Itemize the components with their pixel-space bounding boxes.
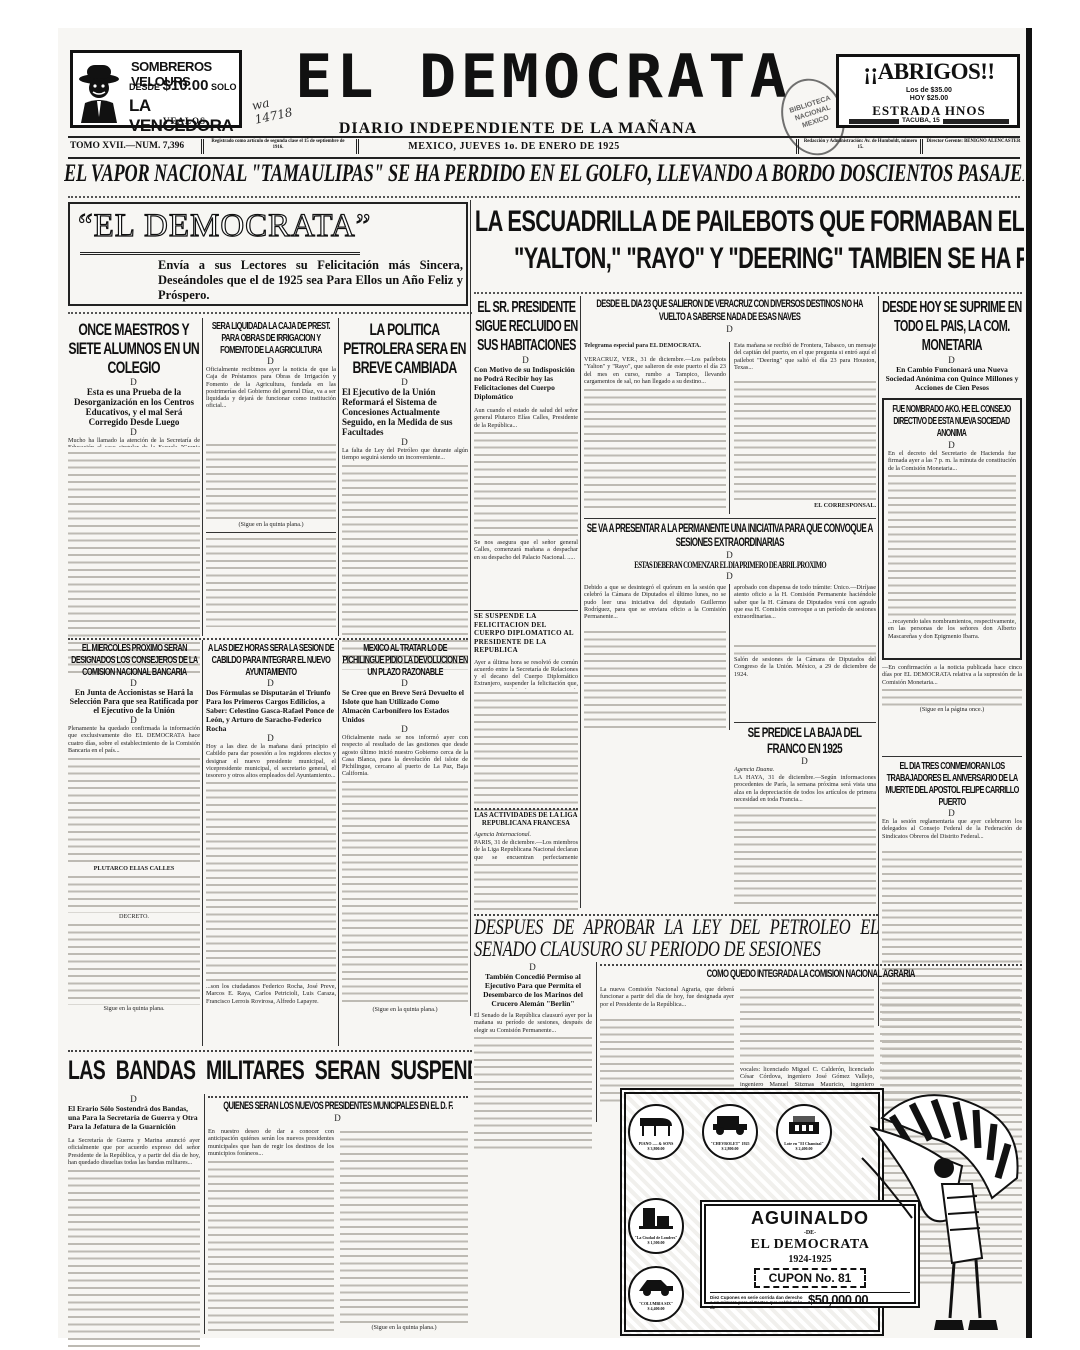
article-oil-policy: LA POLITICA PETROLERA SERA EN BREVE CAMB…	[342, 320, 468, 670]
article-lead: En nuestro deseo de dar a conocer con an…	[208, 1128, 334, 1158]
car-icon	[711, 1114, 749, 1136]
prize-columbia-six: "COLUMBIA SIX" $ 4,400.00	[628, 1266, 684, 1322]
article-headline: EL DIA TRES CONMEMORAN LOS TRABAJADORES …	[882, 760, 1022, 808]
senate-lead: El Senado de la República clausuró ayer …	[474, 1012, 592, 1034]
continued-note: (Sigue en la quinta plana.)	[342, 1006, 468, 1013]
coat-ad-address: TACUBA, 15	[899, 117, 943, 124]
article-military-bands: LAS BANDAS MILITARES SERAN SUSPENDIDAS D…	[68, 1054, 472, 1088]
dateline-strip: TOMO XVII.—NUM. 7,396 Registrado como ar…	[68, 139, 1020, 155]
article-subhead: El Ejecutivo de la Unión Reformará el Si…	[342, 387, 468, 437]
article-dateline: Agencia Internacional.	[474, 831, 578, 839]
article-headline: MEXICO AL TRATAR LO DE PICHILINGUE PIDIO…	[342, 642, 468, 678]
decree-label: DECRETO.	[68, 913, 200, 921]
banner-headline: EL VAPOR NACIONAL "TAMAULIPAS" SE HA PER…	[64, 160, 765, 188]
article-headline: COMO QUEDO INTEGRADA LA COMISION NACIONA…	[600, 968, 1022, 981]
article-franc: SE PREDICE LA BAJA DEL FRANCO EN 1925 D …	[734, 724, 876, 904]
coat-advertisement: ¡¡ABRIGOS!! Los de $35.00 HOY $25.00 EST…	[836, 54, 1020, 128]
article-lead: PARIS, 31 de diciembre.—Los miembros de …	[474, 839, 578, 861]
article-lead: Debido a que se desintegró el quórum en …	[584, 584, 726, 628]
continued-note: Sigue en la quinta plana.	[68, 1005, 200, 1012]
greeting-box: “EL DEMOCRATA” Envía a sus Lectores su F…	[68, 202, 468, 306]
box-lead: En el decreto del Secretario de Hacienda…	[888, 450, 1016, 472]
article-subhead: Con Motivo de su Indisposición no Podrá …	[474, 365, 578, 401]
continued-note: (Sigue en la página once.)	[882, 706, 1022, 713]
hat-ad-desde: DESDE	[129, 82, 160, 92]
bands-subhead: El Erario Sólo Sostendrá dos Bandas, una…	[68, 1104, 200, 1131]
article-teachers: ONCE MAESTROS Y SIETE ALUMNOS EN UN COLE…	[68, 320, 200, 674]
article-headline: DESPUES DE APROBAR LA LEY DEL PETROLEO E…	[474, 916, 878, 960]
article-diplomatic-suspended: SE SUSPENDE LA FELICITACION DEL CUERPO D…	[474, 612, 578, 813]
office-address: Redacción y Administración: Av. de Humbo…	[803, 139, 918, 151]
prize-lot: Lote en "El Chamizal" $ 2,400.00	[776, 1104, 832, 1160]
continued-note: (Sigue en la quinta plana.)	[340, 1324, 468, 1331]
coat-ad-headline: ¡¡ABRIGOS!!	[839, 59, 1019, 85]
second-headline-line2: "YALTON," "RAYO" Y "DEERING" TAMBIEN SE …	[472, 241, 1023, 276]
hat-ad-price: $10.00	[163, 77, 209, 94]
article-subhead: En Junta de Accionistas se Hará la Selec…	[68, 688, 200, 715]
correspondent-signature: EL CORRESPONSAL.	[734, 502, 876, 509]
piano-icon	[638, 1112, 674, 1136]
article-headline: SERA LIQUIDADA LA CAJA DE PREST. PARA OB…	[206, 320, 336, 356]
article-closing: Salón de sesiones de la Cámara de Diputa…	[734, 656, 876, 678]
article-president-recluded: EL SR. PRESIDENTE SIGUE RECLUIDO EN SUS …	[474, 298, 578, 561]
article-lead: Oficialmente recibimos ayer la noticia d…	[206, 366, 336, 441]
prize-chevrolet: "CHEVROLET" 1925 $ 2,800.00	[702, 1104, 758, 1160]
continued-note: (Sigue en la quinta plana.)	[206, 521, 336, 530]
man-with-hat-illustration	[77, 61, 121, 123]
article-pichilingue: MEXICO AL TRATAR LO DE PICHILINGUE PIDIO…	[342, 642, 468, 1013]
article-lead-continued: Esta mañana se recibió de Frontera, Taba…	[734, 342, 876, 378]
article-senate: DESPUES DE APROBAR LA LEY DEL PETROLEO E…	[474, 916, 878, 962]
article-subhead: Se Cree que en Breve Será Devuelto el Is…	[342, 688, 468, 724]
article-lead: LA HAYA, 31 de diciembre.—Según informac…	[734, 774, 876, 804]
registration-note: Registrado como artículo de segunda clas…	[208, 139, 348, 151]
greeting-message: Envía a sus Lectores su Felicitación más…	[158, 258, 463, 303]
article-schooners: DESDE EL DIA 23 QUE SALIERON DE VERACRUZ…	[584, 298, 876, 334]
prize-ciudad-de-londres: "La Ciudad de Londres" $ 1,500.00	[628, 1198, 684, 1254]
article-headline: SE PREDICE LA BAJA DEL FRANCO EN 1925	[734, 724, 876, 756]
article-loan-fund: SERA LIQUIDADA LA CAJA DE PREST. PARA OB…	[206, 320, 336, 627]
article-banking-commission: EL MIERCOLES PROXIMO SERAN DESIGNADOS LO…	[68, 642, 200, 1012]
article-headline: SE SUSPENDE LA FELICITACION DEL CUERPO D…	[474, 612, 578, 655]
scan-edge-bar	[1026, 28, 1032, 1338]
dancer-illustration	[852, 1088, 1022, 1336]
handwritten-catalog-note: wa 14718	[251, 89, 304, 126]
greeting-title: “EL DEMOCRATA”	[78, 208, 371, 245]
article-headline: EL MIERCOLES PROXIMO SERAN DESIGNADOS LO…	[68, 642, 200, 678]
article-lead: Oficialmente nada se nos informó ayer co…	[342, 734, 468, 778]
article-headline: LA POLITICA PETROLERA SERA EN BREVE CAMB…	[342, 320, 468, 377]
article-lead: Mucho ha llamado la atención de la Secre…	[68, 437, 200, 447]
article-headline: A LAS DIEZ HORAS SERA LA SESION DE CABIL…	[206, 642, 336, 678]
roadster-icon	[637, 1276, 675, 1296]
article-lead: Plenamente ha quedado confirmada la info…	[68, 725, 200, 755]
article-closing: ...son los ciudadanos Federico Rocha, Jo…	[206, 983, 336, 1013]
article-subhead: Esta es una Prueba de la Desorganización…	[68, 387, 200, 427]
box-headline: FUE NOMBRADO AKO. HE EL CONSEJO DIRECTIV…	[888, 404, 1016, 440]
article-subhead: En Cambio Funcionará una Nueva Sociedad …	[882, 365, 1022, 392]
senate-subhead: También Concedió Permiso al Ejecutivo Pa…	[474, 972, 592, 1008]
article-headline: QUIENES SERAN LOS NUEVOS PRESIDENTES MUN…	[208, 1100, 468, 1113]
article-headline: SE VA A PRESENTAR A LA PERMANENTE UNA IN…	[584, 522, 876, 550]
hat-ad-tagline: VEALOS	[163, 116, 206, 126]
article-lead: La nueva Comisión Nacional Agraria, que …	[600, 986, 734, 1016]
hat-ad-solo: SOLO	[211, 82, 237, 92]
article-closing: Se nos asegura que el señor general Call…	[474, 539, 578, 561]
article-municipal-presidents: QUIENES SERAN LOS NUEVOS PRESIDENTES MUN…	[208, 1100, 468, 1123]
director-name: Director Gerente: BENIGNO ALENCASTER	[926, 139, 1021, 145]
bands-lead: La Secretaría de Guerra y Marina anunció…	[68, 1137, 200, 1167]
article-after-box: —En confirmación a la noticia publicada …	[882, 664, 1022, 686]
article-monetary-commission: DESDE HOY SE SUPRIME EN TODO EL PAIS, LA…	[882, 298, 1022, 713]
box-closing: ...recayendo tales nombramientos, respec…	[888, 618, 1016, 648]
coat-ad-was-price: Los de $35.00	[839, 87, 1019, 94]
article-headline: DESDE HOY SE SUPRIME EN TODO EL PAIS, LA…	[882, 298, 1022, 355]
article-agrarian-commission: COMO QUEDO INTEGRADA LA COMISION NACIONA…	[600, 968, 1022, 981]
article-byline: Telegrama especial para EL DEMOCRATA.	[584, 342, 726, 356]
second-headline-line1: LA ESCUADRILLA DE PAILEBOTS QUE FORMABAN…	[472, 204, 1023, 239]
prize-piano: PIANO ..... & SONS $ 3,800.00	[628, 1104, 684, 1160]
article-lead: La falta de Ley del Petróleo que durante…	[342, 447, 468, 462]
masthead-title: EL DEMOCRATA	[260, 46, 827, 108]
article-lead: Aun cuando el estado de salud del señor …	[474, 407, 578, 429]
article-lead: Hoy a las diez de la mañana dará princip…	[206, 743, 336, 779]
article-headline: ONCE MAESTROS Y SIETE ALUMNOS EN UN COLE…	[68, 320, 200, 377]
signatory: PLUTARCO ELIAS CALLES	[68, 865, 200, 873]
hat-advertisement: SOMBREROS VELOURS DESDE $10.00 SOLO LA V…	[70, 50, 242, 128]
article-subhead: Dos Fórmulas se Disputarán el Triunfo Pa…	[206, 688, 336, 733]
coupon-number: CUPON No. 81	[754, 1268, 866, 1288]
article-city-council: A LAS DIEZ HORAS SERA LA SESION DE CABIL…	[206, 642, 336, 1013]
newspaper-page: SOMBREROS VELOURS DESDE $10.00 SOLO LA V…	[58, 28, 1026, 1338]
issue-date: MEXICO, JUEVES 1o. DE ENERO DE 1925	[364, 141, 664, 152]
article-headline: EL SR. PRESIDENTE SIGUE RECLUIDO EN SUS …	[474, 298, 578, 355]
article-subhead: ESTAS DEBERAN COMENZAR EL DIA PRIMERO DE…	[584, 560, 875, 571]
building-icon	[639, 1206, 673, 1230]
article-lead: Ayer a última hora se resolvió de común …	[474, 659, 578, 689]
article-headline: LAS BANDAS MILITARES SERAN SUSPENDIDAS D…	[68, 1054, 471, 1086]
article-extraordinary-sessions: SE VA A PRESENTAR A LA PERMANENTE UNA IN…	[584, 522, 876, 581]
house-icon	[787, 1114, 821, 1136]
article-headline: LAS ACTIVIDADES DE LA LIGA REPUBLICANA F…	[474, 812, 578, 828]
coupon-fineprint: Diez Cupones en serie corrida dan derech…	[710, 1295, 806, 1310]
article-headline: DESDE EL DIA 23 QUE SALIERON DE VERACRUZ…	[584, 298, 876, 324]
monetary-council-box: FUE NOMBRADO AKO. HE EL CONSEJO DIRECTIV…	[882, 398, 1022, 660]
volume-number: TOMO XVII.—NUM. 7,396	[70, 141, 184, 151]
aguinaldo-promotion-ad: PIANO ..... & SONS $ 3,800.00 "CHEVROLET…	[620, 1088, 1024, 1338]
coat-ad-now-price: HOY $25.00	[839, 95, 1019, 102]
article-french-league: LAS ACTIVIDADES DE LA LIGA REPUBLICANA F…	[474, 812, 578, 911]
article-dateline: Agencia Duana.	[734, 766, 876, 774]
article-lead-continued: aprobado con dispensa de todo trámite: Ú…	[734, 584, 876, 642]
article-lead: VERACRUZ, VER., 31 de diciembre.—Los pai…	[584, 356, 726, 386]
article-lead: En la sesión reglamentaria que ayer cele…	[882, 818, 1022, 848]
